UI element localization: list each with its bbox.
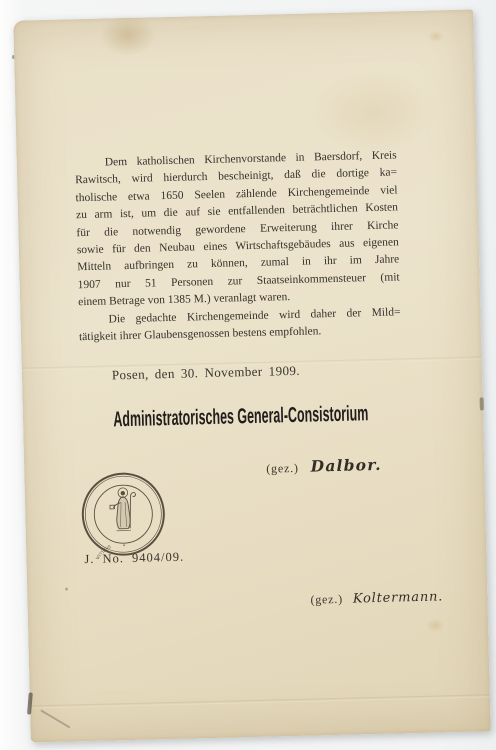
scratch-mark — [40, 709, 70, 728]
issuer-heading-text: Administratorisches General-Consistorium — [113, 401, 369, 432]
paper-stain — [428, 30, 444, 42]
signature-name: Dalbor. — [310, 455, 382, 476]
gez-prefix: (gez.) — [310, 592, 343, 607]
date-line: Posen, den 30. November 1909. — [112, 363, 300, 384]
signature-dalbor: (gez.) Dalbor. — [266, 455, 382, 478]
paper-stain — [99, 13, 156, 56]
paper-stain — [65, 588, 68, 591]
signature-koltermann: (gez.) Koltermann. — [310, 587, 443, 608]
fold-line — [30, 694, 490, 708]
gez-prefix: (gez.) — [266, 461, 299, 476]
letter-body: Dem katholischen Kirchenvorstande in Bae… — [75, 147, 402, 346]
reference-number: J. No. 9404/09. — [84, 550, 184, 567]
official-seal: SIGILLUM CONSISTORII GENERALIS ADMINISTR… — [78, 469, 168, 559]
issuer-heading: Administratorisches General-Consistorium — [23, 398, 483, 434]
paper-stain — [426, 618, 444, 632]
paper-sheet: Dem katholischen Kirchenvorstande in Bae… — [13, 9, 491, 742]
edge-mark — [27, 692, 33, 714]
seal-star: * — [123, 544, 126, 550]
saint-figure-icon — [109, 488, 136, 531]
signature-name: Koltermann. — [353, 589, 444, 606]
